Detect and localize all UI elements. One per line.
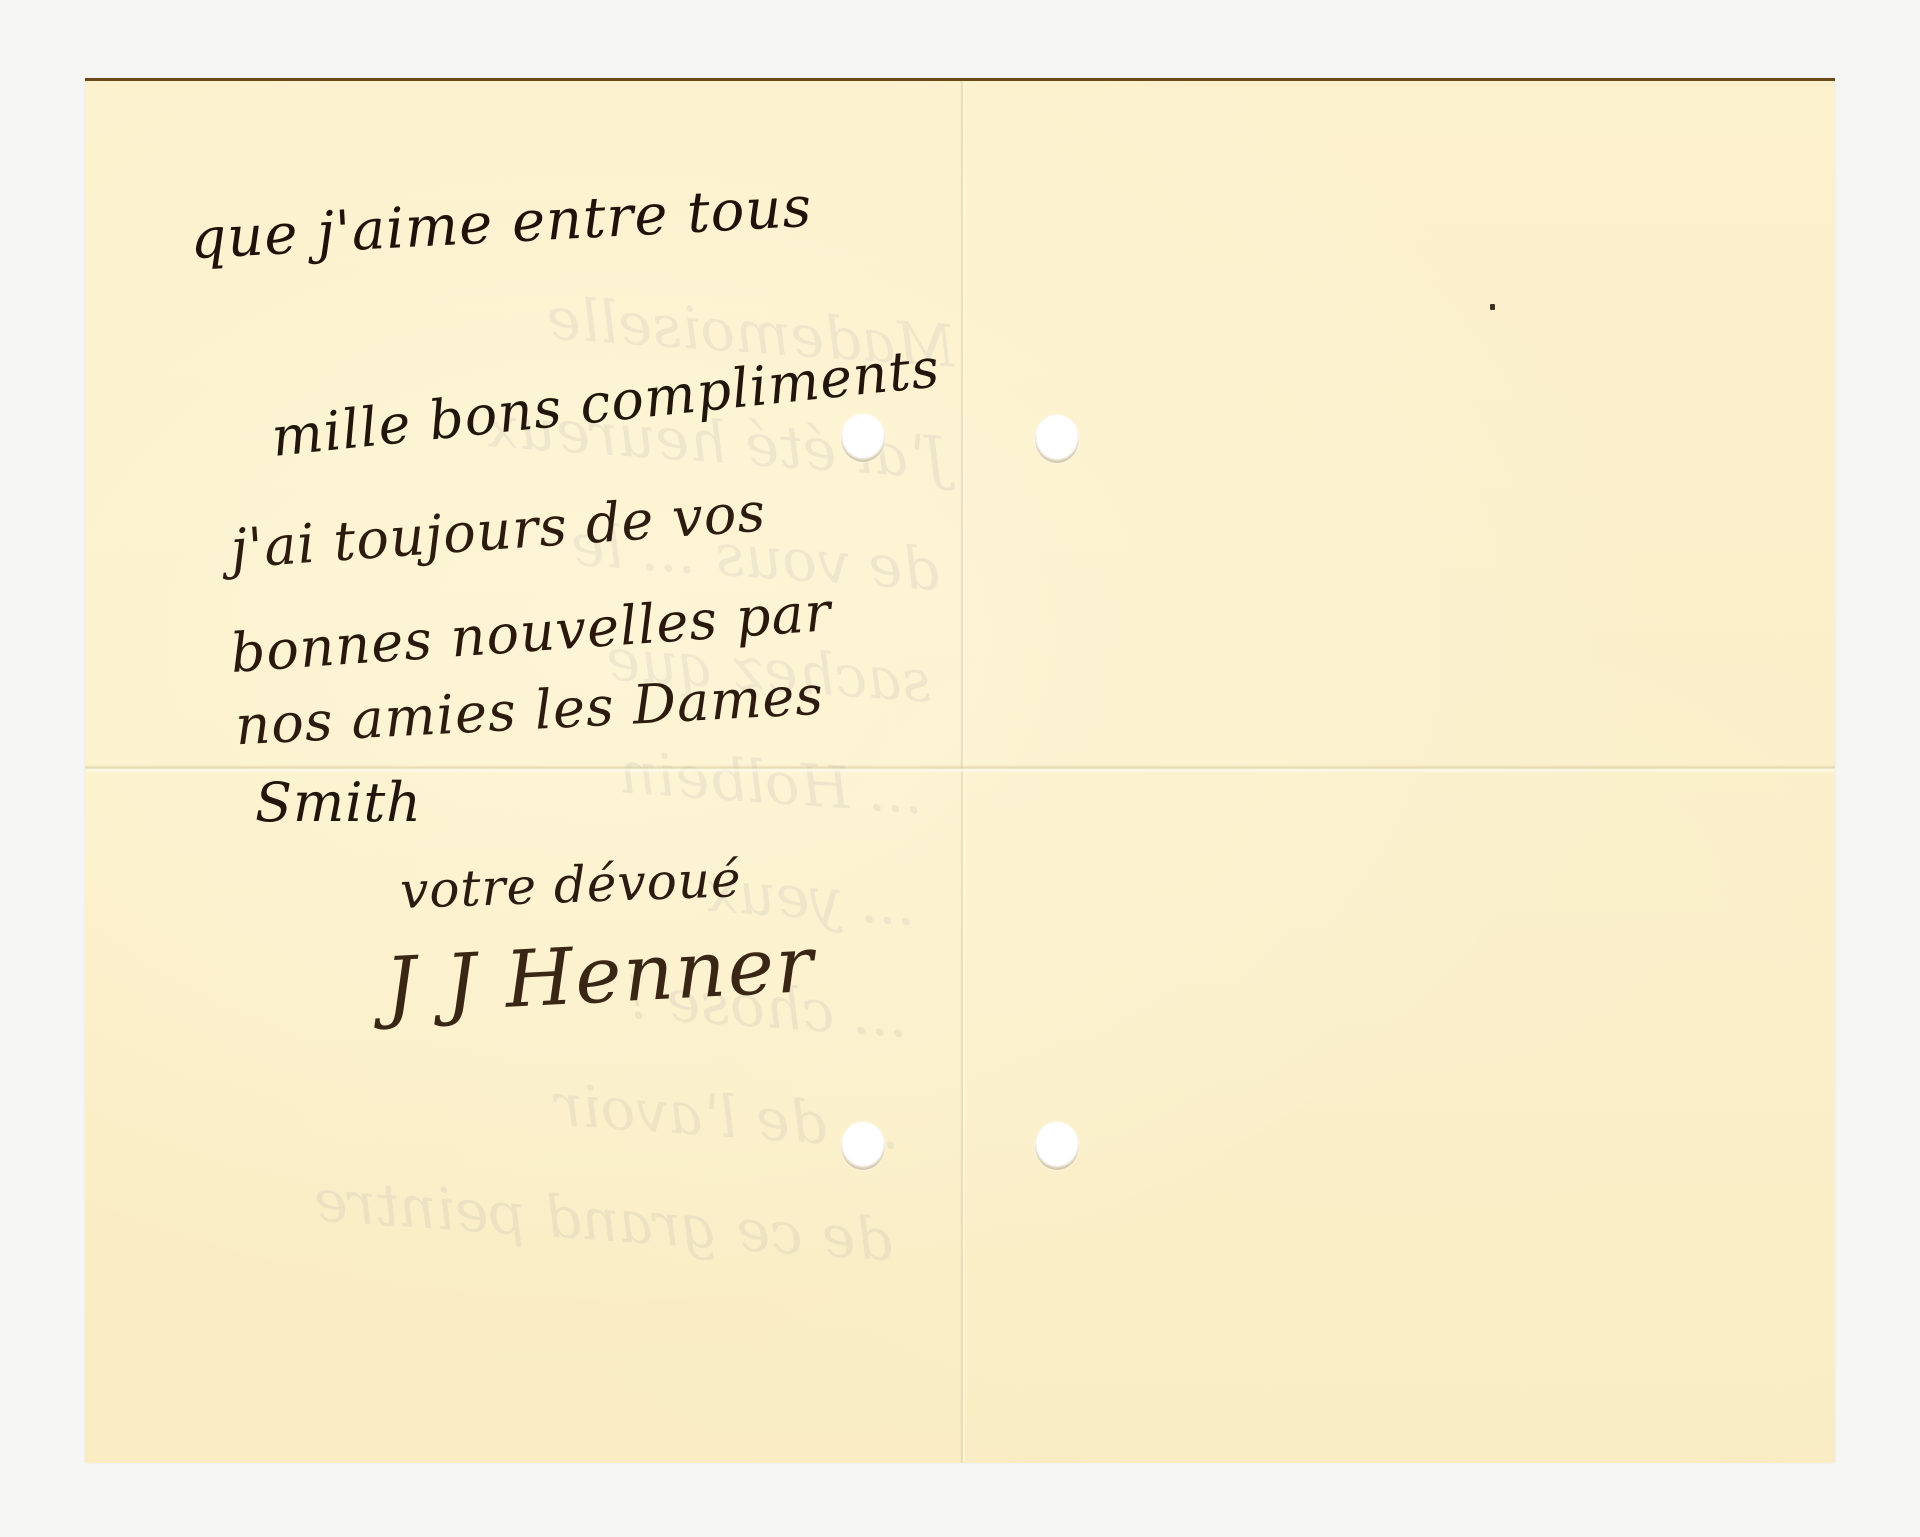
letter-sheet: Mademoiselle J'ai été heureux de vous ..… <box>85 78 1835 1463</box>
text-line-6: Smith <box>255 771 422 834</box>
scan-background: Mademoiselle J'ai été heureux de vous ..… <box>0 0 1920 1537</box>
punch-hole-top-left <box>841 414 885 462</box>
text-line-3: j'ai toujours de vos <box>228 480 767 580</box>
closing-phrase: votre dévoué <box>399 850 742 920</box>
text-line-2: mille bons compliments <box>269 336 943 469</box>
punch-hole-bottom-left <box>841 1122 885 1170</box>
punch-hole-bottom-right <box>1035 1122 1079 1170</box>
text-line-1: que j'aime entre tous <box>189 175 814 272</box>
punch-hole-top-right <box>1035 415 1079 463</box>
signature: J J Henner <box>383 920 817 1032</box>
ink-speck <box>1490 304 1495 310</box>
